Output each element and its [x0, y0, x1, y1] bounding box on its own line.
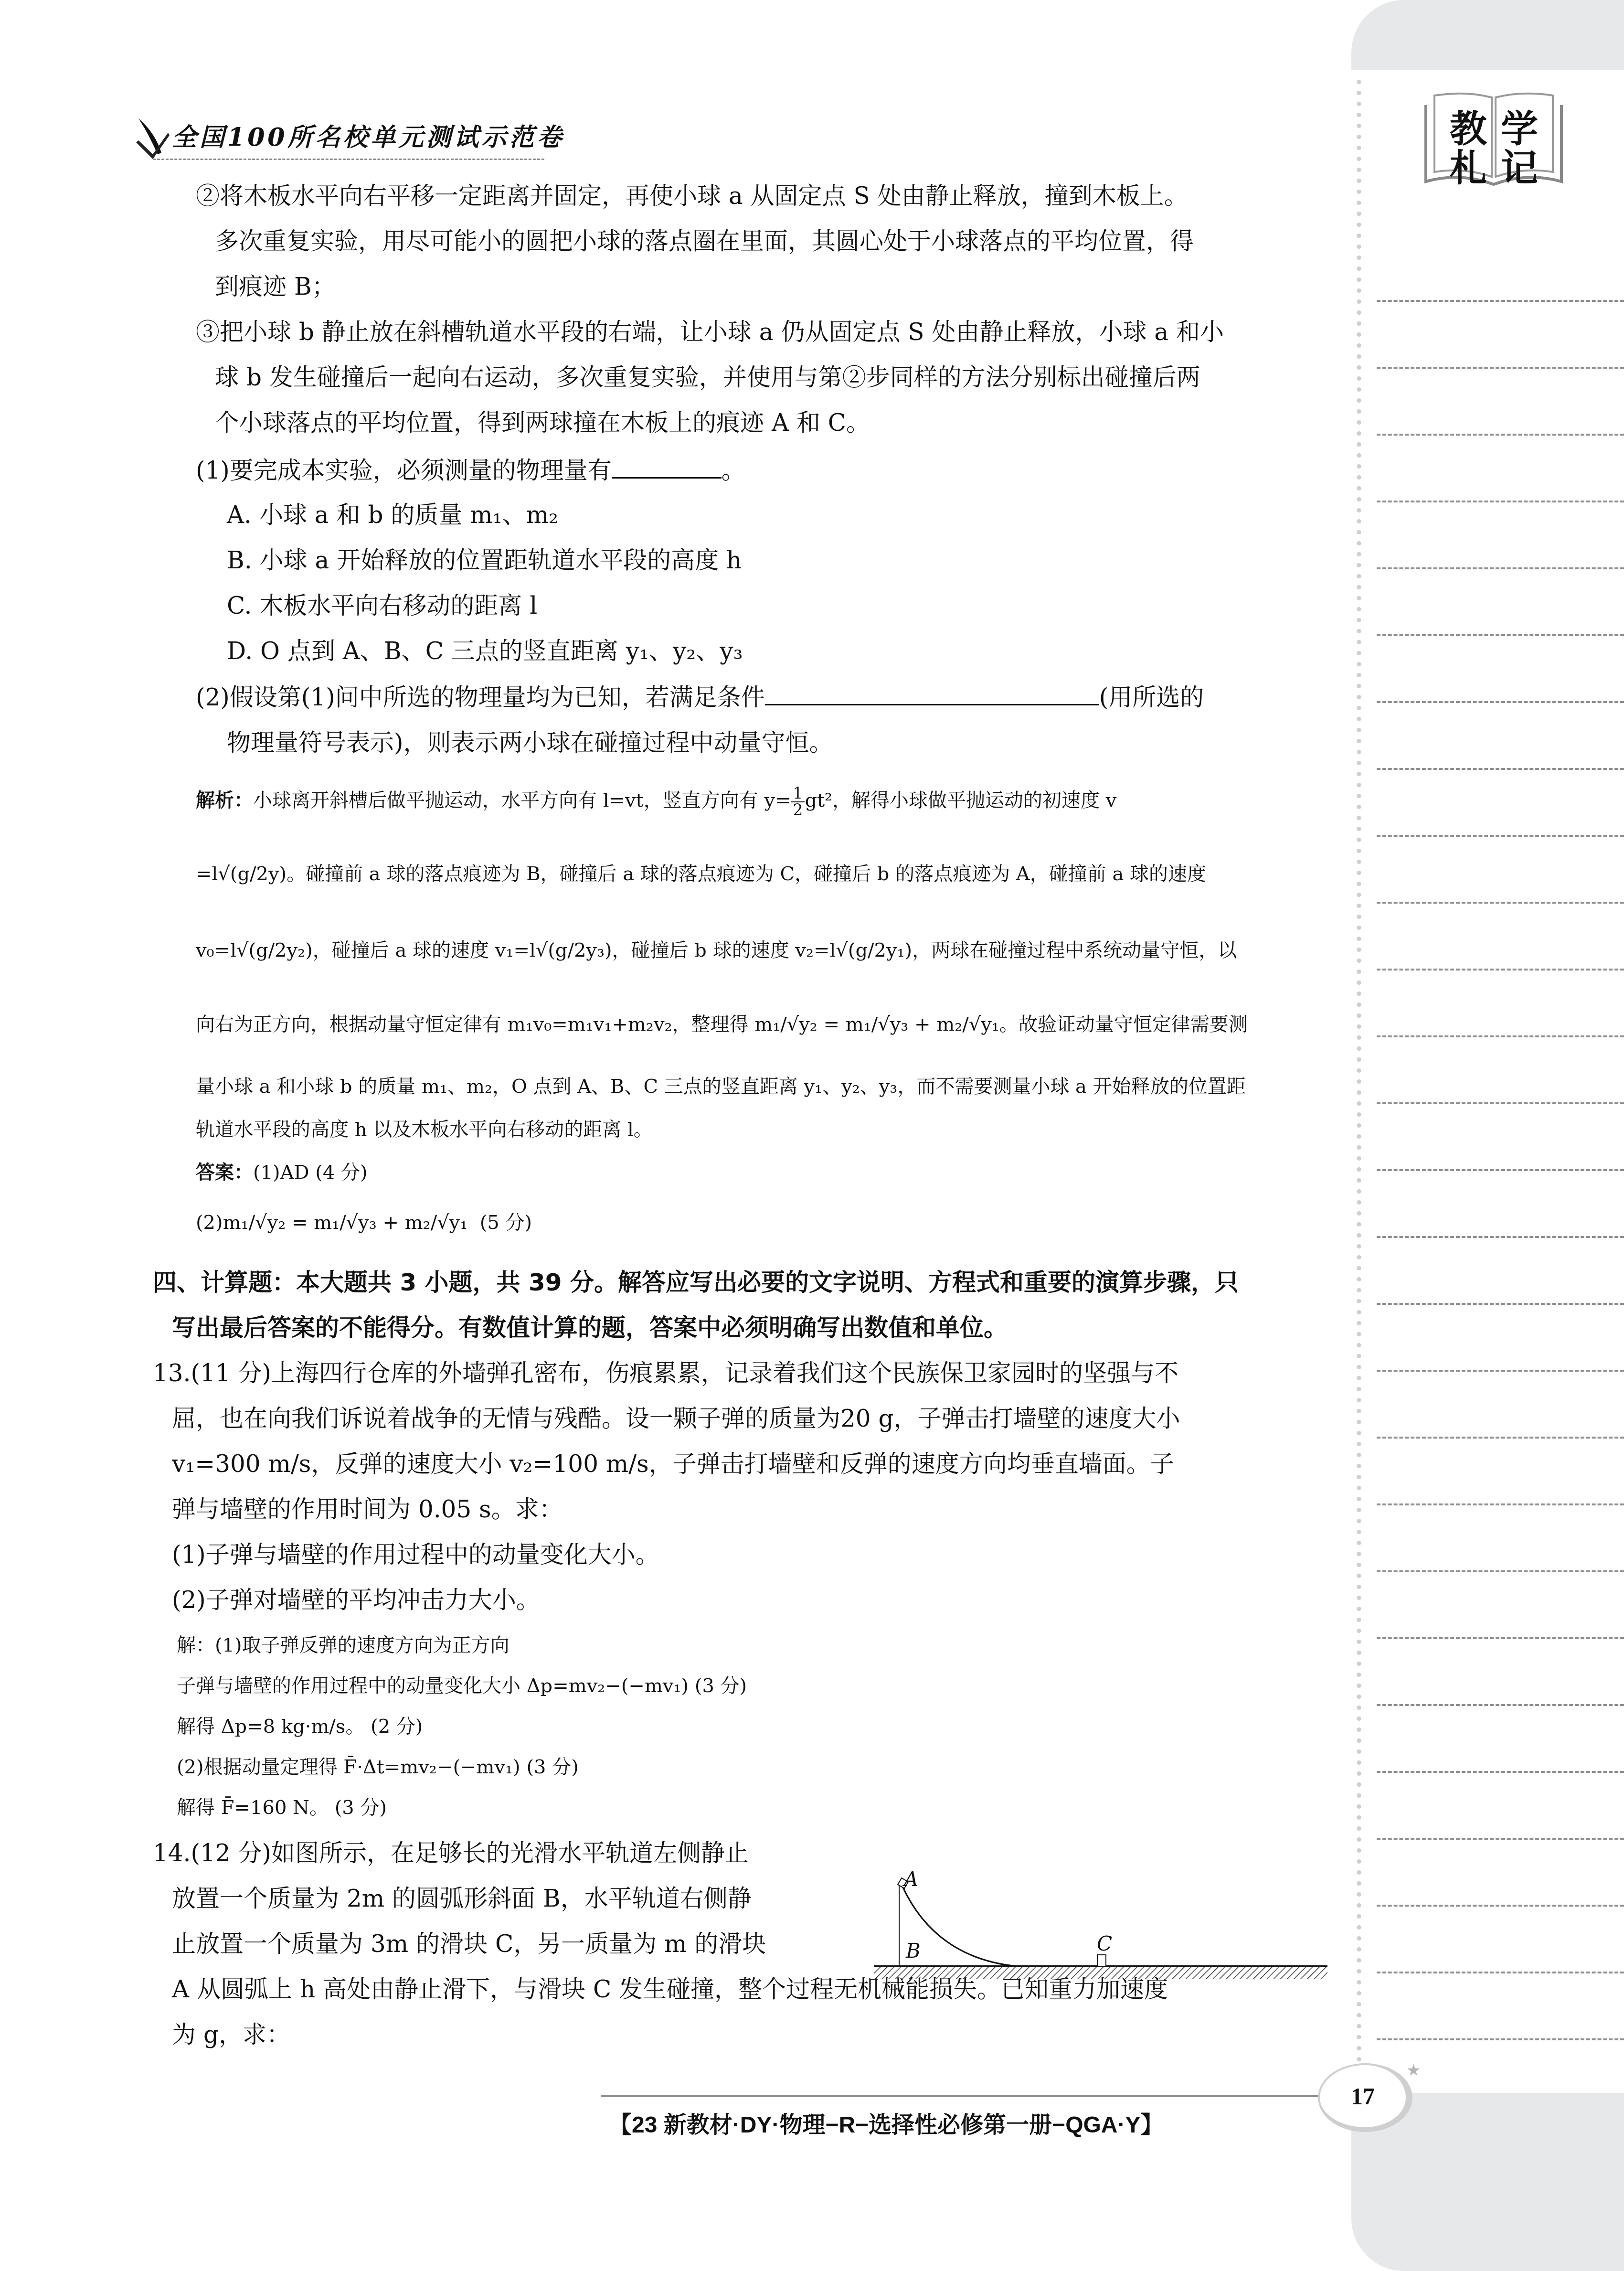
question-2-prompt: (2)假设第(1)问中所选的物理量均为已知，若满足条件 — [196, 683, 765, 711]
page-header: 全国100所名校单元测试示范卷 — [134, 107, 565, 162]
q13-line: (1)子弹与墙壁的作用过程中的动量变化大小。 — [172, 1540, 659, 1569]
q14-line: 放置一个质量为 2m 的圆弧形斜面 B，水平轨道右侧静 — [172, 1884, 752, 1913]
note-line — [1377, 2038, 1624, 2040]
note-line — [1377, 1102, 1624, 1104]
answer-blank-2[interactable] — [765, 685, 1099, 705]
note-line — [1377, 969, 1624, 970]
page-number: 17 — [1351, 2082, 1375, 2110]
note-line — [1377, 1637, 1624, 1639]
note-line — [1377, 1771, 1624, 1773]
question-2: (2)假设第(1)问中所选的物理量均为已知，若满足条件(用所选的 — [196, 683, 1204, 712]
option-d: D. O 点到 A、B、C 三点的竖直距离 y₁、y₂、y₃ — [227, 637, 743, 665]
answer-blank-1[interactable] — [612, 458, 722, 479]
question-2-suffix: (用所选的 — [1099, 683, 1204, 711]
step-line: 个小球落点的平均位置，得到两球撞在木板上的痕迹 A 和 C。 — [215, 408, 870, 437]
frac-den: 2 — [791, 802, 805, 818]
option-b: B. 小球 a 开始释放的位置距轨道水平段的高度 h — [227, 546, 742, 575]
quill-book-icon — [134, 109, 172, 161]
q13-solution: 解得 Δp=8 kg·m/s。 (2 分) — [177, 1712, 423, 1741]
note-line — [1377, 1972, 1624, 1973]
step-line: 多次重复实验，用尽可能小的圆把小球的落点圈在里面，其圆心处于小球落点的平均位置，… — [215, 227, 1194, 256]
series-title: 全国100所名校单元测试示范卷 — [172, 117, 565, 153]
note-line — [1377, 300, 1624, 302]
logo-char: 记 — [1501, 139, 1538, 192]
q13-line: 屈，也在向我们诉说着战争的无情与残酷。设一颗子弹的质量为20 g，子弹击打墙壁的… — [172, 1404, 1180, 1433]
q13-line: 13.(11 分)上海四行仓库的外墙弹孔密布，伤痕累累，记录着我们这个民族保卫家… — [153, 1359, 1178, 1387]
q13-solution: 解得 F̄=160 N。 (3 分) — [177, 1793, 387, 1822]
label-a: A — [904, 1867, 918, 1891]
step-line: 球 b 发生碰撞后一起向右运动，多次重复实验，并使用与第②步同样的方法分别标出碰… — [215, 363, 1200, 392]
note-line — [1377, 567, 1624, 569]
section-heading: 四、计算题：本大题共 3 小题，共 39 分。解答应写出必要的文字说明、方程式和… — [153, 1268, 1239, 1297]
note-line — [1377, 902, 1624, 904]
option-a: A. 小球 a 和 b 的质量 m₁、m₂ — [227, 501, 558, 529]
block-c-icon — [1097, 1955, 1106, 1966]
label-c: C — [1097, 1932, 1112, 1955]
fraction: 12 — [791, 786, 805, 818]
q14-line: 14.(12 分)如图所示，在足够长的光滑水平轨道左侧静止 — [153, 1839, 749, 1867]
answer-line: 答案：(1)AD (4 分) — [196, 1158, 368, 1187]
label-b: B — [906, 1939, 921, 1962]
header-rule — [153, 159, 544, 160]
q14-line: 止放置一个质量为 3m 的滑块 C，另一质量为 m 的滑块 — [172, 1930, 766, 1958]
q13-line: v₁=300 m/s，反弹的速度大小 v₂=100 m/s，子弹击打墙壁和反弹的… — [172, 1450, 1174, 1478]
notes-logo: 教 学 札 记 — [1417, 91, 1570, 186]
answer-label: 答案： — [196, 1162, 253, 1183]
option-c: C. 木板水平向右移动的距离 l — [227, 591, 537, 620]
note-line — [1377, 1236, 1624, 1238]
star-icon: ★ — [1406, 2061, 1421, 2080]
note-line — [1377, 1303, 1624, 1305]
q13-solution: 解：(1)取子弹反弹的速度方向为正方向 — [177, 1631, 509, 1660]
note-line — [1377, 501, 1624, 502]
analysis-line: 解析：小球离开斜槽后做平抛运动，水平方向有 l=vt，竖直方向有 y=12gt²… — [196, 786, 1116, 818]
analysis-text: 。碰撞前 a 球的落点痕迹为 B，碰撞后 a 球的落点痕迹为 C，碰撞后 b 的… — [287, 863, 1206, 885]
question-2-line2: 物理量符号表示)，则表示两小球在碰撞过程中动量守恒。 — [227, 728, 833, 757]
note-line — [1377, 434, 1624, 436]
footer-code: 【23 新教材·DY·物理−R−选择性必修第一册−QGA·Y】 — [609, 2106, 1163, 2139]
analysis-text: gt²，解得小球做平抛运动的初速度 v — [805, 789, 1116, 811]
note-line — [1377, 1838, 1624, 1840]
open-book-icon — [1417, 91, 1570, 186]
analysis-formula: =l√(g/2y) — [196, 863, 287, 885]
question-1: (1)要完成本实验，必须测量的物理量有。 — [196, 456, 745, 485]
note-line — [1377, 1035, 1624, 1037]
analysis-line: 轨道水平段的高度 h 以及木板水平向右移动的距离 l。 — [196, 1115, 653, 1144]
binding-dots — [1356, 76, 1362, 2087]
q13-solution: 子弹与墙壁的作用过程中的动量变化大小 Δp=mv₂−(−mv₁) (3 分) — [177, 1672, 747, 1700]
note-line — [1377, 1503, 1624, 1505]
q14-figure: A B C — [845, 1853, 1332, 1996]
note-line — [1377, 835, 1624, 837]
note-line — [1377, 1437, 1624, 1439]
analysis-line: =l√(g/2y)。碰撞前 a 球的落点痕迹为 B，碰撞后 a 球的落点痕迹为 … — [196, 860, 1206, 888]
q13-solution: (2)根据动量定理得 F̄·Δt=mv₂−(−mv₁) (3 分) — [177, 1753, 579, 1781]
step-line: 到痕迹 B； — [215, 272, 336, 301]
notes-area — [1351, 70, 1624, 2093]
note-line — [1377, 1570, 1624, 1572]
question-1-prompt: (1)要完成本实验，必须测量的物理量有 — [196, 457, 612, 484]
ground-hatch — [874, 1967, 1327, 1979]
section-heading: 写出最后答案的不能得分。有数值计算的题，答案中必须明确写出数值和单位。 — [172, 1313, 1008, 1342]
analysis-line: v₀=l√(g/2y₂)，碰撞后 a 球的速度 v₁=l√(g/2y₃)，碰撞后… — [196, 936, 1237, 965]
answer-line: (2)m₁/√y₂ = m₁/√y₃ + m₂/√y₁ (5 分) — [196, 1208, 532, 1237]
note-line — [1377, 1169, 1624, 1171]
note-line — [1377, 1905, 1624, 1907]
note-line — [1377, 367, 1624, 369]
frac-num: 1 — [791, 786, 805, 802]
answer-2-formula: m₁/√y₂ = m₁/√y₃ + m₂/√y₁ — [223, 1212, 468, 1234]
q14-line: 为 g，求： — [172, 2020, 290, 2049]
analysis-line: 量小球 a 和小球 b 的质量 m₁、m₂，O 点到 A、B、C 三点的竖直距离… — [196, 1072, 1246, 1101]
analysis-label: 解析： — [196, 789, 253, 811]
note-line — [1377, 701, 1624, 703]
answer-1: (1)AD (4 分) — [253, 1162, 368, 1183]
q13-line: (2)子弹对墙壁的平均冲击力大小。 — [172, 1586, 540, 1614]
footer-rule — [601, 2095, 1350, 2097]
question-1-end: 。 — [722, 457, 745, 484]
note-line — [1377, 634, 1624, 636]
step-line: ③把小球 b 静止放在斜槽轨道水平段的右端，让小球 a 仍从固定点 S 处由静止… — [196, 318, 1224, 346]
note-line — [1377, 768, 1624, 770]
analysis-text: 小球离开斜槽后做平抛运动，水平方向有 l=vt，竖直方向有 y= — [253, 789, 791, 811]
note-line — [1377, 1704, 1624, 1706]
logo-char: 札 — [1450, 139, 1487, 192]
page-badge: 17 — [1318, 2063, 1412, 2132]
analysis-line: 向右为正方向，根据动量守恒定律有 m₁v₀=m₁v₁+m₂v₂，整理得 m₁/√… — [196, 1010, 1248, 1039]
step-line: ②将木板水平向右平移一定距离并固定，再使小球 a 从固定点 S 处由静止释放，撞… — [196, 181, 1188, 210]
q13-line: 弹与墙壁的作用时间为 0.05 s。求： — [172, 1495, 563, 1524]
answer-2-score: (5 分) — [480, 1212, 532, 1234]
answer-2-prefix: (2) — [196, 1212, 223, 1234]
note-line — [1377, 1370, 1624, 1372]
